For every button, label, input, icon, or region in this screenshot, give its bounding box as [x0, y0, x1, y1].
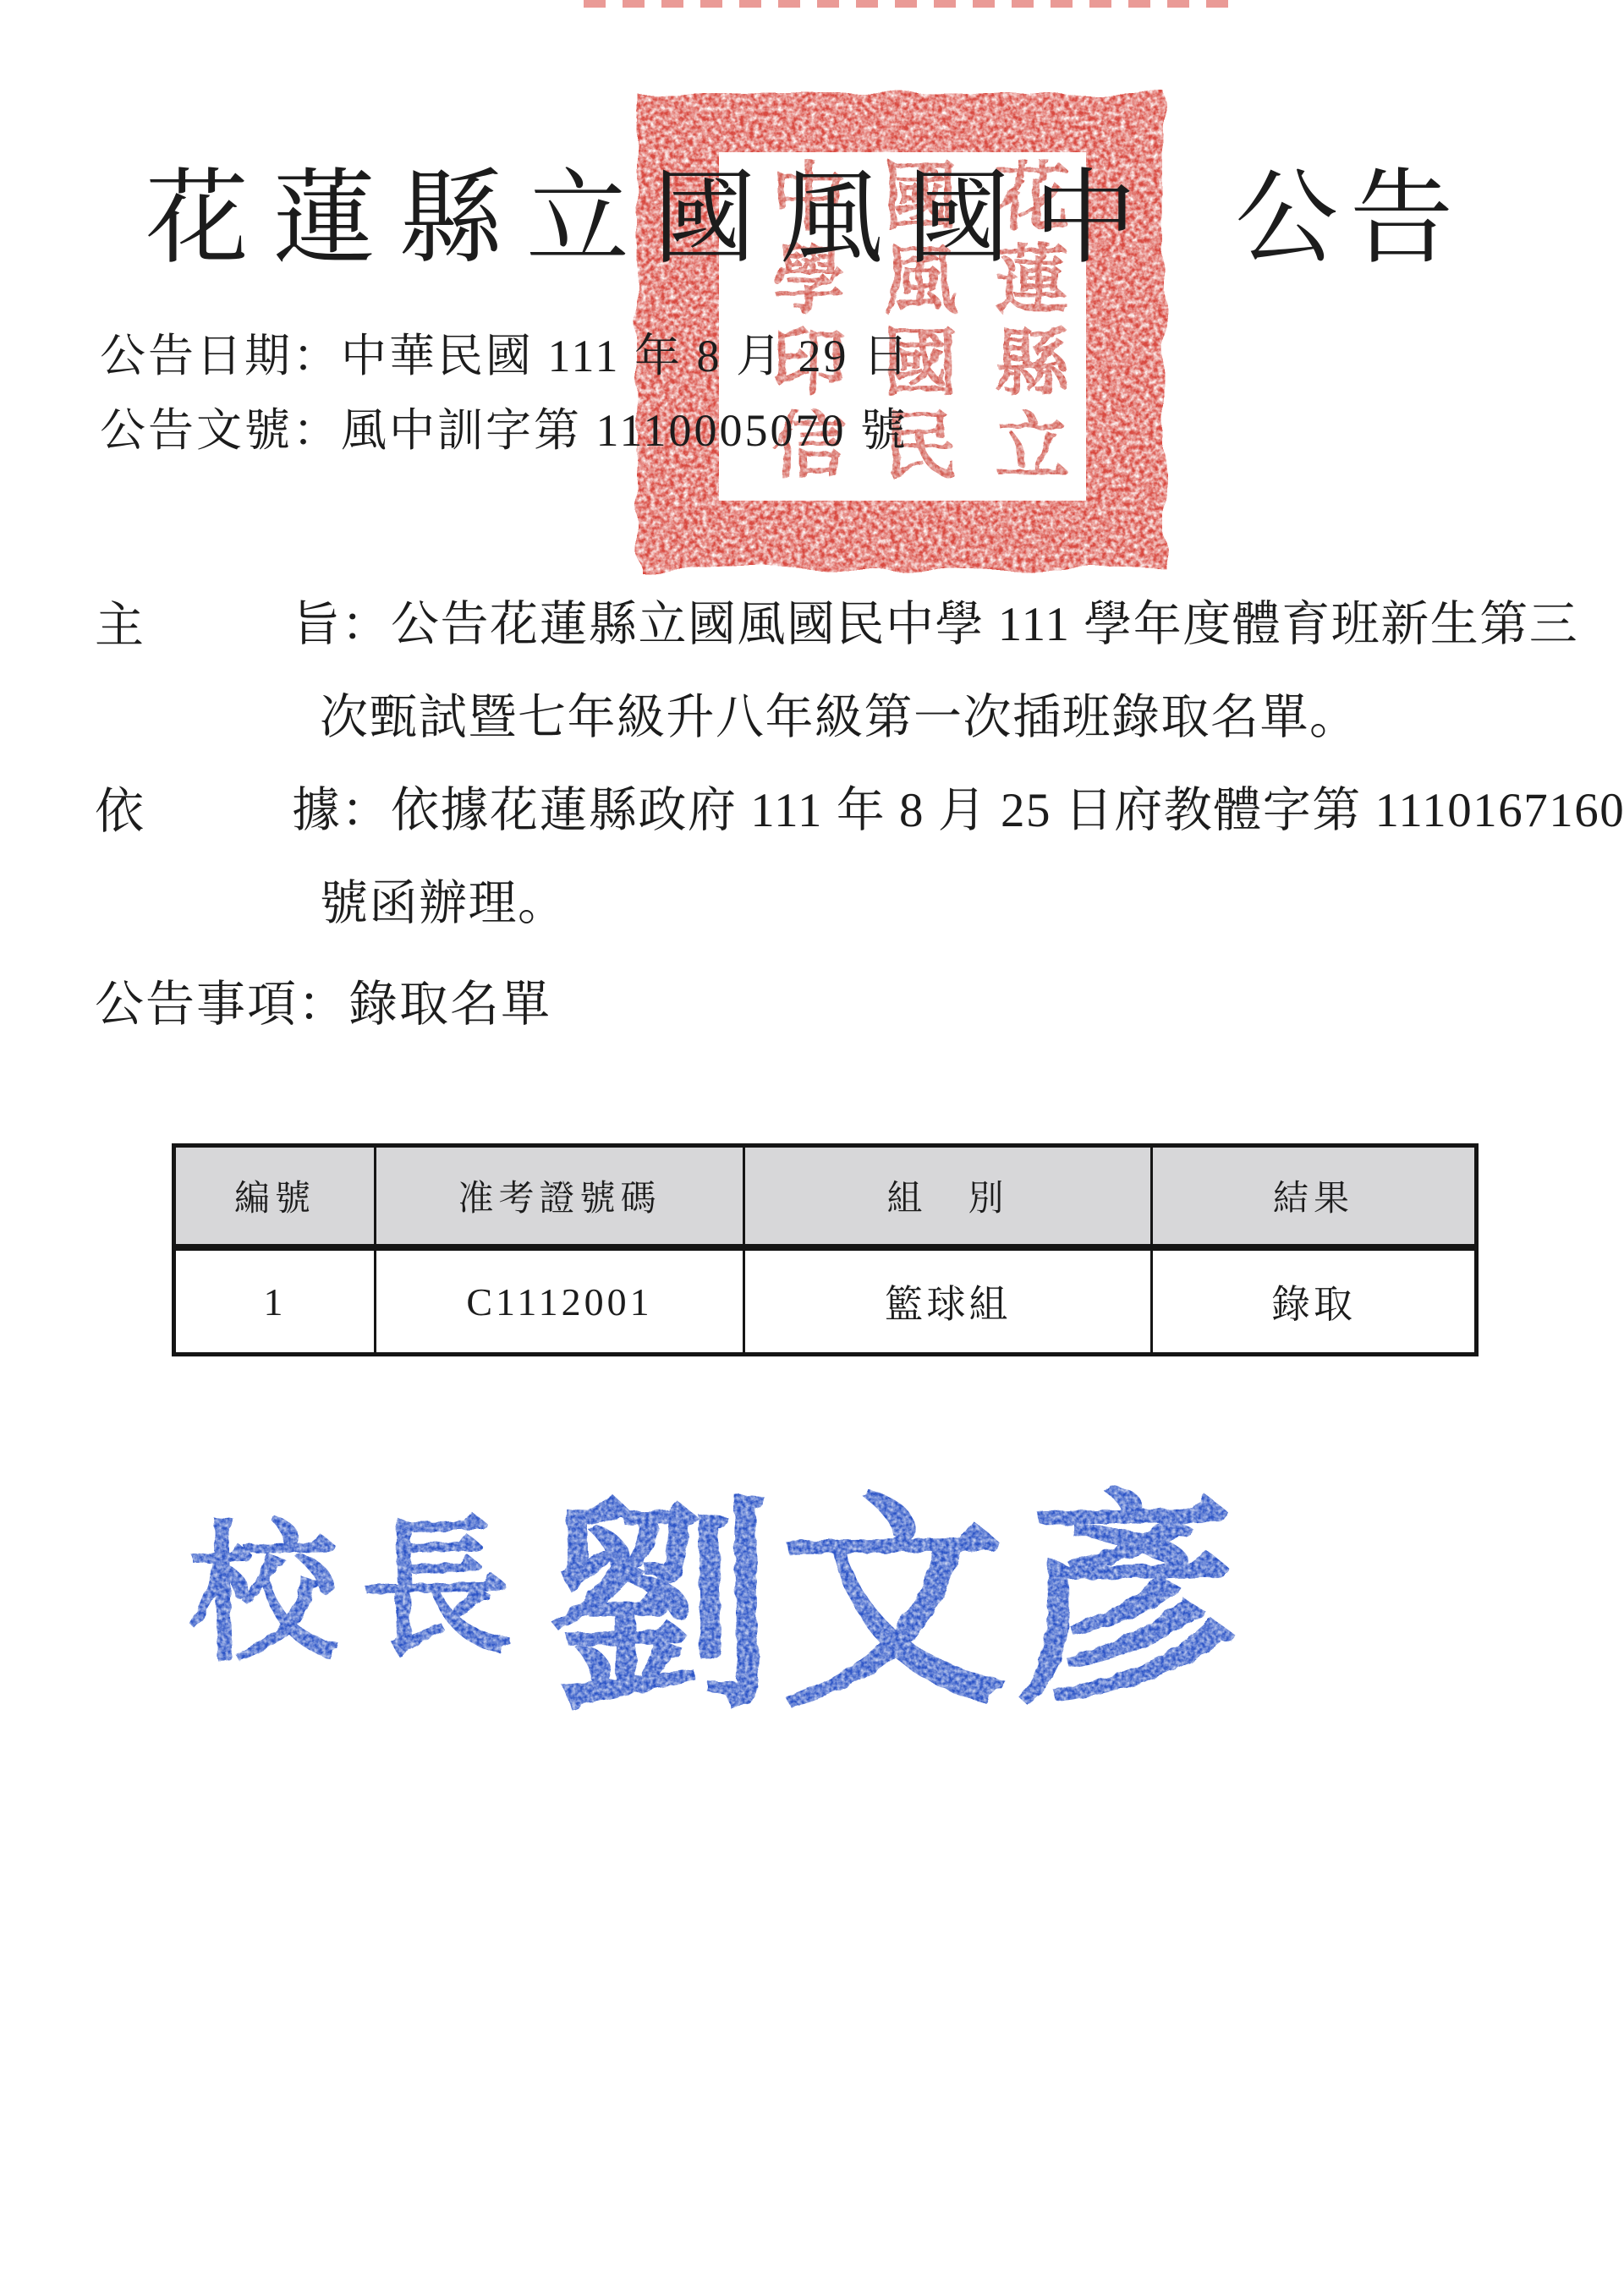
basis-line-1: 據：依據花蓮縣政府 111 年 8 月 25 日府教體字第 1110167160: [292, 771, 1624, 841]
subject-line-1: 旨：公告花蓮縣立國風國民中學 111 學年度體育班新生第三: [292, 585, 1578, 655]
table-header-row: 編號 准考證號碼 組 別 結果: [174, 1146, 1477, 1248]
subject-text-1: 公告花蓮縣立國風國民中學 111 學年度體育班新生第三: [391, 598, 1578, 651]
cell-admission-number: C1112001: [376, 1247, 744, 1355]
results-table-wrapper: 編號 准考證號碼 組 別 結果 1 C1112001 籃球組 錄取: [172, 1143, 1479, 1356]
principal-signature-stamp: 校長 劉文彥: [188, 1470, 1243, 1720]
principal-name-text: 劉文彥: [546, 1488, 1246, 1726]
results-table: 編號 准考證號碼 組 別 結果 1 C1112001 籃球組 錄取: [172, 1143, 1479, 1356]
table-header-admission-number: 准考證號碼: [376, 1146, 744, 1248]
page-title-school: 花蓮縣立國風國中: [145, 162, 1160, 277]
announcement-doc-number-line: 公告文號：風中訓字第 1110005070 號: [100, 394, 908, 459]
seal-ink-smear: [584, 0, 1243, 8]
table-header-result: 結果: [1152, 1146, 1477, 1248]
cell-group: 籃球組: [744, 1247, 1152, 1355]
table-header-serial: 編號: [174, 1146, 376, 1248]
principal-title-text: 校長: [185, 1466, 536, 1691]
table-header-group: 組 別: [744, 1146, 1152, 1248]
cell-result: 錄取: [1152, 1247, 1477, 1355]
items-line: 公告事項：錄取名單: [95, 964, 551, 1035]
announcement-date-line: 公告日期：中華民國 111 年 8 月 29 日: [100, 320, 911, 385]
page-title-announcement: 公告: [1235, 162, 1465, 277]
subject-line-2: 次甄試暨七年級升八年級第一次插班錄取名單。: [320, 678, 1359, 748]
basis-label-rest: 據：: [292, 784, 391, 837]
basis-text-1: 依據花蓮縣政府 111 年 8 月 25 日府教體字第 1110167160: [391, 784, 1624, 837]
announcement-document: 花蓮縣立國風國民中學印信 花蓮縣立國風國中公告 公告日期：中華民國 111 年 …: [0, 0, 1624, 2296]
subject-label-first-char: 主: [95, 585, 144, 656]
cell-serial: 1: [174, 1247, 376, 1355]
basis-label-first-char: 依: [95, 771, 144, 842]
basis-line-2: 號函辦理。: [320, 864, 568, 934]
subject-label-rest: 旨：: [292, 598, 391, 651]
table-row: 1 C1112001 籃球組 錄取: [174, 1247, 1477, 1355]
page-title: 花蓮縣立國風國中公告: [145, 135, 1465, 283]
